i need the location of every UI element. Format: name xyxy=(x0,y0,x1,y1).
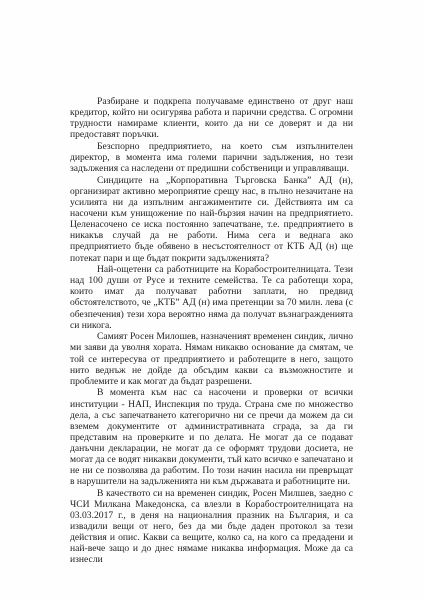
paragraph-temporary-trustee: Самият Росен Милошев, назначеният времен… xyxy=(70,331,353,386)
paragraph-obligations: Безспорно предприятието, на което съм из… xyxy=(70,141,353,174)
paragraph-trustees: Синдиците на „Корпоративна Търговска Бан… xyxy=(70,175,353,264)
document-page: Разбиране и подкрепа получаваме единстве… xyxy=(0,0,424,600)
paragraph-inspections: В момента към нас са насочени и проверки… xyxy=(70,387,353,487)
document-body: Разбиране и подкрепа получаваме единстве… xyxy=(70,96,353,566)
paragraph-seized-items: В качеството си на временен синдик, Росе… xyxy=(70,488,353,566)
paragraph-workers: Най-ощетени са работниците на Корабостро… xyxy=(70,264,353,331)
paragraph-support: Разбиране и подкрепа получаваме единстве… xyxy=(70,96,353,140)
